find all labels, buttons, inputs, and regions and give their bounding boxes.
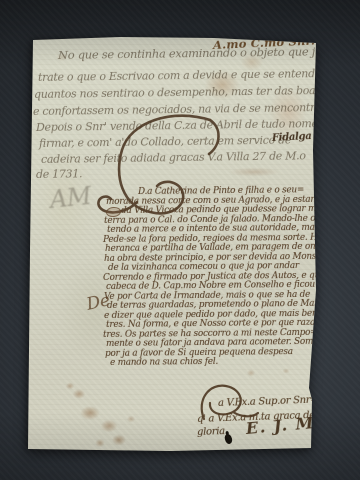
margin-monogram: AM	[49, 184, 93, 212]
manuscript-paper: A.mo C.mo Snr. No que se continha examin…	[0, 0, 360, 480]
ink-blot	[224, 433, 233, 444]
handwritten-line: e mando na sua chios fel.	[110, 358, 218, 368]
signature-monogram: E. J. M.	[245, 414, 322, 437]
margin-flourish-word: De	[85, 292, 111, 313]
closing-line: a V.Ex.a Sup.or Snr=	[218, 396, 319, 409]
manuscript-photo: A.mo C.mo Snr. No que se continha examin…	[0, 0, 360, 480]
handwritten-line: No que se continha examinando o objeto q…	[58, 46, 337, 61]
paper-shadow-wrap: A.mo C.mo Snr. No que se continha examin…	[0, 0, 360, 480]
closing-line: gloria.	[197, 427, 228, 438]
date-line: de 1731.	[36, 168, 82, 180]
handwritten-line: quantos nos sentirao o desempenho, mas t…	[34, 84, 360, 100]
handwritten-line: trate o que o Escrivao com a devida e qu…	[38, 67, 360, 83]
inserted-dark-word: Fidalga	[272, 132, 312, 144]
